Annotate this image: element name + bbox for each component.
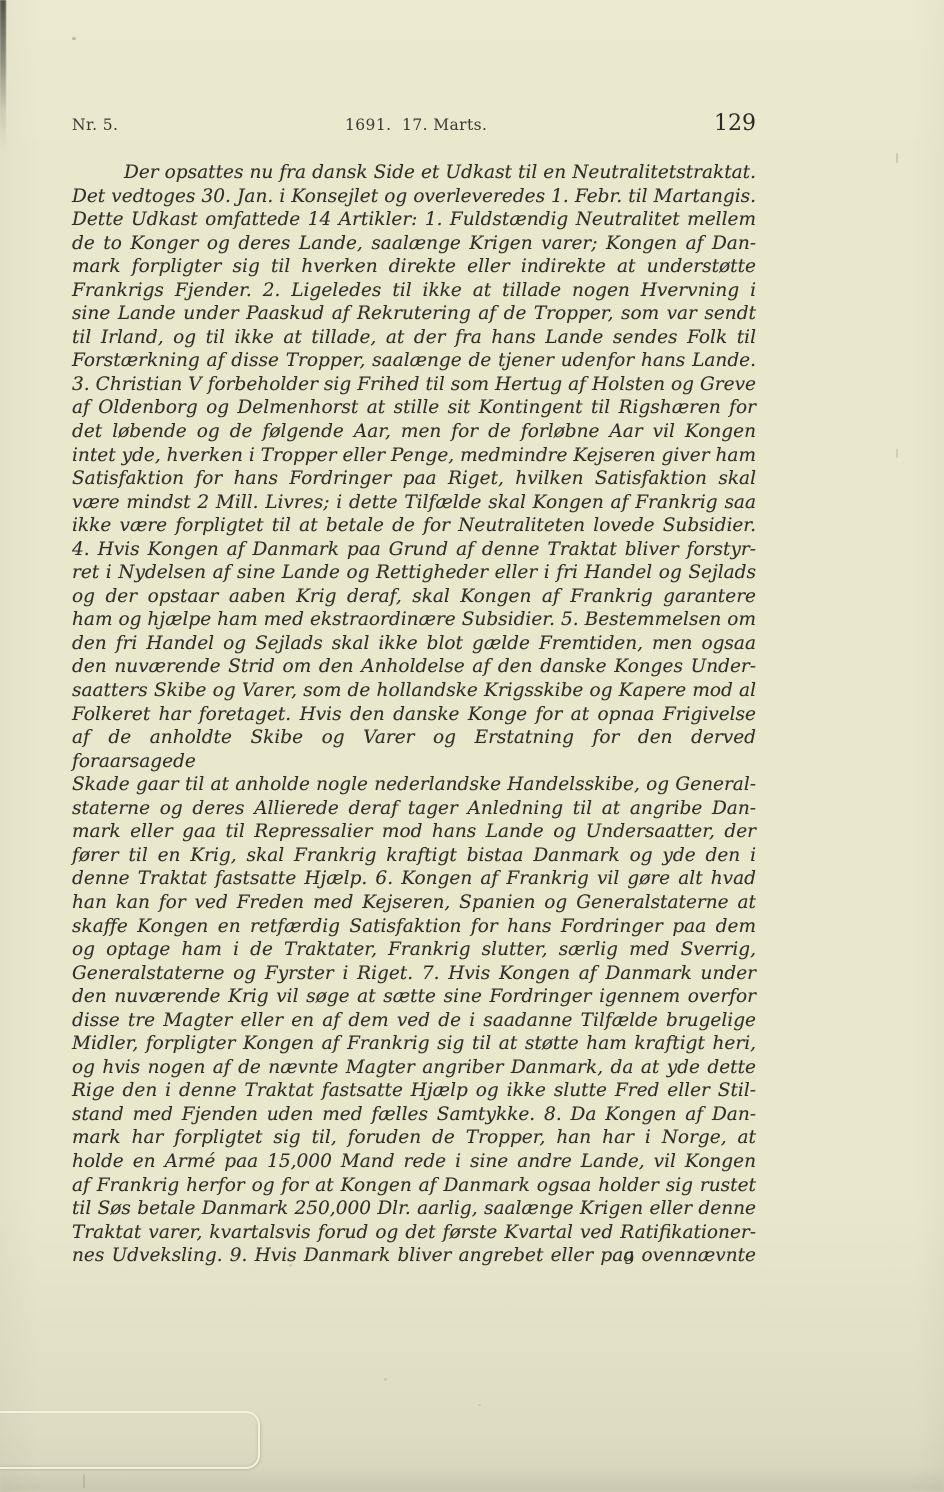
body-line: ikke være forpligtet til at betale de fo…	[72, 514, 756, 538]
body-line: den nuværende Krig vil søge at sætte sin…	[72, 985, 756, 1009]
body-line: den nuværende Strid om den Anholdelse af…	[72, 655, 756, 679]
body-line: den fri Handel og Sejlads skal ikke blot…	[72, 632, 756, 656]
body-line: Der opsattes nu fra dansk Side et Udkast…	[72, 161, 756, 185]
body-line: stand med Fjenden uden med fælles Samtyk…	[72, 1103, 756, 1127]
signature-mark: 9	[614, 1249, 644, 1269]
header-date: 1691. 17. Marts.	[345, 116, 487, 134]
document-number: Nr. 5.	[72, 116, 118, 134]
dust-speck	[289, 1264, 292, 1267]
body-line: denne Traktat fastsatte Hjælp. 6. Kongen…	[72, 867, 756, 891]
body-line: Traktat varer, kvartalsvis forud og det …	[72, 1221, 756, 1245]
body-line: intet yde, hverken i Tropper eller Penge…	[72, 444, 756, 468]
body-line: holde en Armé paa 15,000 Mand rede i sin…	[72, 1150, 756, 1174]
body-line: og hvis nogen af de nævnte Magter angrib…	[72, 1056, 756, 1080]
body-line: fører til en Krig, skal Frankrig kraftig…	[72, 844, 756, 868]
body-line: Forstærkning af disse Tropper, saalænge …	[72, 349, 756, 373]
body-line: til Søs betale Danmark 250,000 Dlr. aarl…	[72, 1197, 756, 1221]
body-line: disse tre Magter eller en af dem ved de …	[72, 1009, 756, 1033]
bottom-page-shading	[0, 1468, 944, 1492]
body-line: saatters Skibe og Varer, som de hollands…	[72, 679, 756, 703]
body-line: Rige den i denne Traktat fastsatte Hjælp…	[72, 1079, 756, 1103]
body-line: mark eller gaa til Repressalier mod hans…	[72, 820, 756, 844]
body-line: ret i Nydelsen af sine Lande og Rettighe…	[72, 561, 756, 585]
dust-speck	[478, 1404, 481, 1406]
page-number: 129	[714, 111, 756, 136]
dust-speck	[896, 153, 898, 163]
body-line: sine Lande under Paaskud af Rekrutering …	[72, 302, 756, 326]
embossed-label-outline	[0, 1411, 260, 1469]
scan-edge-shadow	[0, 0, 6, 150]
dust-speck	[83, 1474, 85, 1488]
body-line: Midler, forpligter Kongen af Frankrig si…	[72, 1032, 756, 1056]
body-line: det løbende og de følgende Aar, men for …	[72, 420, 756, 444]
body-line: 3. Christian V forbeholder sig Frihed ti…	[72, 373, 756, 397]
body-line: Generalstaterne og Fyrster i Riget. 7. H…	[72, 962, 756, 986]
body-line: af Frankrig herfor og for at Kongen af D…	[72, 1174, 756, 1198]
body-line: og der opstaar aaben Krig deraf, skal Ko…	[72, 585, 756, 609]
dust-speck	[896, 449, 898, 458]
body-line: Frankrigs Fjender. 2. Ligeledes til ikke…	[72, 279, 756, 303]
body-line: 4. Hvis Kongen af Danmark paa Grund af d…	[72, 538, 756, 562]
body-line: ham og hjælpe ham med ekstraordinære Sub…	[72, 608, 756, 632]
document-page: Nr. 5. 1691. 17. Marts. 129 Der opsattes…	[0, 0, 944, 1492]
dust-speck	[384, 1378, 387, 1381]
body-line: af de anholdte Skibe og Varer og Erstatn…	[72, 726, 756, 773]
body-line: mark forpligter sig til hverken direkte …	[72, 255, 756, 279]
dust-speck	[72, 37, 76, 40]
body-line: og optage ham i de Traktater, Frankrig s…	[72, 938, 756, 962]
page-header: Nr. 5. 1691. 17. Marts. 129	[72, 111, 756, 136]
body-line: Skade gaar til at anholde nogle nederlan…	[72, 773, 756, 797]
body-line: han kan for ved Freden med Kejseren, Spa…	[72, 891, 756, 915]
body-line: mark har forpligtet sig til, foruden de …	[72, 1126, 756, 1150]
body-line: staterne og deres Allierede deraf tager …	[72, 797, 756, 821]
body-line: Satisfaktion for hans Fordringer paa Rig…	[72, 467, 756, 491]
scanned-book-page: { "header": { "left": "Nr. 5.", "center"…	[0, 0, 944, 1492]
body-line: Det vedtoges 30. Jan. i Konsejlet og ove…	[72, 185, 756, 209]
body-line: af Oldenborg og Delmenhorst at stille si…	[72, 396, 756, 420]
body-line: de to Konger og deres Lande, saalænge Kr…	[72, 232, 756, 256]
body-text: Der opsattes nu fra dansk Side et Udkast…	[72, 161, 756, 1268]
body-line: Folkeret har foretaget. Hvis den danske …	[72, 703, 756, 727]
body-line: til Irland, og til ikke at tillade, at d…	[72, 326, 756, 350]
body-line: være mindst 2 Mill. Livres; i dette Tilf…	[72, 491, 756, 515]
body-line: Dette Udkast omfattede 14 Artikler: 1. F…	[72, 208, 756, 232]
body-line: skaffe Kongen en retfærdig Satisfaktion …	[72, 915, 756, 939]
body-line: nes Udveksling. 9. Hvis Danmark bliver a…	[72, 1244, 756, 1268]
